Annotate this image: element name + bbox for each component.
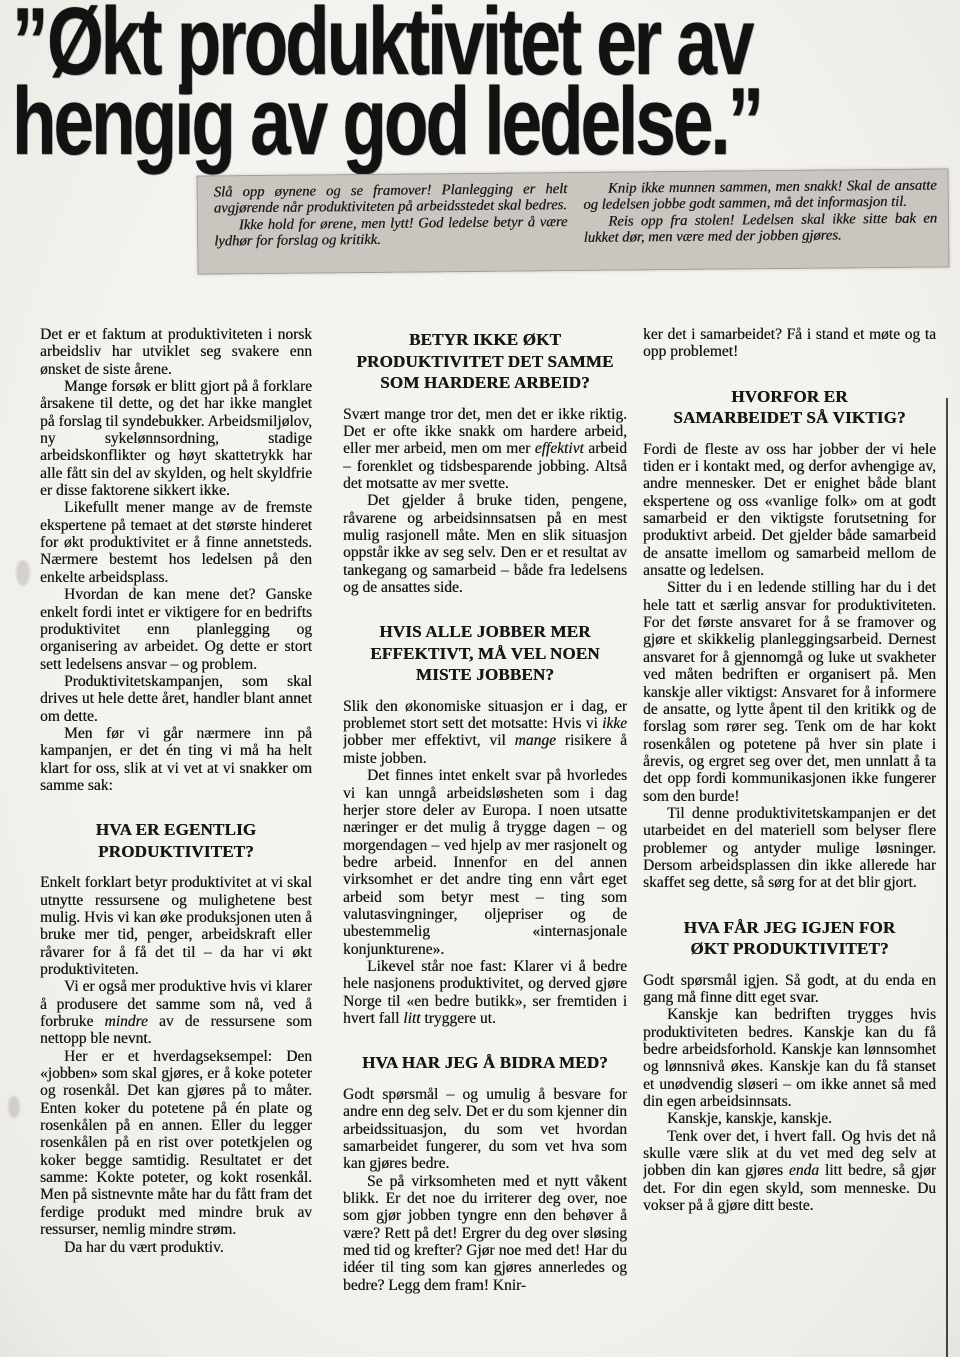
article-paragraph: Godt spørsmål igjen. Så godt, at du enda… <box>643 972 936 1007</box>
text-run: Det finnes intet enkelt svar på hvorlede… <box>343 767 627 957</box>
emphasized-text: litt <box>403 1010 420 1027</box>
article-paragraph: Sitter du i en ledende stilling har du i… <box>643 579 936 804</box>
intro-box-right-column: Knip ikke munnen sammen, men snakk! Skal… <box>583 178 937 263</box>
text-run: Slik den økonomiske situasjon er i dag, … <box>343 698 627 732</box>
emphasized-text: enda <box>789 1162 819 1179</box>
text-run: Fordi de fleste av oss har jobber der vi… <box>643 441 936 579</box>
intro-paragraph: Slå opp øynene og se framover! Planleggi… <box>214 181 568 217</box>
text-run: Da har du vært produktiv. <box>64 1239 224 1256</box>
scan-smudge <box>8 1096 20 1118</box>
text-run: Slå opp øynene og se framover! Planleggi… <box>214 181 568 217</box>
text-run: Knip ikke munnen sammen, men snakk! Skal… <box>583 178 936 214</box>
section-heading: BETYR IKKE ØKT PRODUKTIVITET DET SAMME S… <box>345 329 625 394</box>
article-paragraph: Enkelt forklart betyr produktivitet at v… <box>40 874 312 978</box>
article-column-1: Det er et faktum at produktiviteten i no… <box>40 326 312 1344</box>
section-heading: HVA FÅR JEG IGJEN FOR ØKT PRODUKTIVITET? <box>645 917 934 960</box>
article-paragraph: Fordi de fleste av oss har jobber der vi… <box>643 441 936 580</box>
article-paragraph: Svært mange tror det, men det er ikke ri… <box>343 406 627 493</box>
text-run: Ikke hold for ørene, men lytt! God ledel… <box>214 214 567 250</box>
text-run: Det gjelder å bruke tiden, pengene, råva… <box>343 492 627 596</box>
article-paragraph: ker det i samarbeidet? Få i stand et møt… <box>643 326 936 361</box>
text-run: ker det i samarbeidet? Få i stand et møt… <box>643 326 936 360</box>
article-paragraph: Da har du vært produktiv. <box>40 1239 312 1256</box>
article-column-2: BETYR IKKE ØKT PRODUKTIVITET DET SAMME S… <box>343 326 627 1344</box>
scan-edge-line <box>946 398 948 1357</box>
text-run: jobber mer effektivt, vil <box>343 732 515 749</box>
article-paragraph: Mange forsøk er blitt gjort på å forklar… <box>40 378 312 499</box>
section-heading: HVIS ALLE JOBBER MER EFFEKTIVT, MÅ VEL N… <box>345 621 625 686</box>
article-paragraph: Men før vi går nærmere inn på kampanjen,… <box>40 725 312 794</box>
text-run: Enkelt forklart betyr produktivitet at v… <box>40 874 312 978</box>
intro-summary-box: Slå opp øynene og se framover! Planleggi… <box>197 168 950 274</box>
scan-smudge <box>16 560 30 586</box>
article-paragraph: Vi er også mer produktive hvis vi klarer… <box>40 978 312 1047</box>
section-heading: HVA ER EGENTLIG PRODUKTIVITET? <box>42 819 310 862</box>
text-run: tryggere ut. <box>421 1010 496 1027</box>
intro-box-left-column: Slå opp øynene og se framover! Planleggi… <box>214 181 568 266</box>
text-run: Hvordan de kan mene det? Ganske enkelt f… <box>40 586 312 672</box>
text-run: Mange forsøk er blitt gjort på å forklar… <box>40 378 312 499</box>
intro-paragraph: Knip ikke munnen sammen, men snakk! Skal… <box>583 178 937 214</box>
article-column-3: ker det i samarbeidet? Få i stand et møt… <box>643 326 936 1344</box>
closing-quote-mark: ” <box>728 68 763 175</box>
intro-paragraph: Reis opp fra stolen! Ledelsen skal ikke … <box>583 210 937 246</box>
text-run: Det er et faktum at produktiviteten i no… <box>40 326 312 378</box>
emphasized-text: mange <box>515 732 556 749</box>
text-run: Her er et hverdagseksempel: Den «jobben»… <box>40 1048 312 1238</box>
article-paragraph: Kanskje, kanskje, kanskje. <box>643 1110 936 1127</box>
article-paragraph: Hvordan de kan mene det? Ganske enkelt f… <box>40 586 312 673</box>
article-paragraph: Tenk over det, i hvert fall. Og hvis det… <box>643 1128 936 1215</box>
headline: ”Økt produktivitet er av hengig av god l… <box>12 2 960 162</box>
article-paragraph: Det gjelder å bruke tiden, pengene, råva… <box>343 492 627 596</box>
text-run: Til denne produktivitetskampanjen er det… <box>643 805 936 891</box>
text-run: Produktivitetskampanjen, som skal drives… <box>40 673 312 725</box>
intro-paragraph: Ikke hold for ørene, men lytt! God ledel… <box>214 214 568 250</box>
text-run: Kanskje kan bedriften trygges hvis produ… <box>643 1006 936 1110</box>
article-paragraph: Kanskje kan bedriften trygges hvis produ… <box>643 1006 936 1110</box>
article-paragraph: Det finnes intet enkelt svar på hvorlede… <box>343 767 627 958</box>
text-run: Likefullt mener mange av de fremste eksp… <box>40 499 312 585</box>
article-paragraph: Her er et hverdagseksempel: Den «jobben»… <box>40 1048 312 1239</box>
newspaper-clipping-page: ”Økt produktivitet er av hengig av god l… <box>0 0 960 1357</box>
article-paragraph: Det er et faktum at produktiviteten i no… <box>40 326 312 378</box>
section-heading: HVA HAR JEG Å BIDRA MED? <box>345 1052 625 1074</box>
headline-line-2-text: hengig av god ledelse. <box>12 68 728 175</box>
article-paragraph: Produktivitetskampanjen, som skal drives… <box>40 673 312 725</box>
article-paragraph: Til denne produktivitetskampanjen er det… <box>643 805 936 892</box>
article-paragraph: Se på virksomheten med et nytt våkent bl… <box>343 1173 627 1294</box>
text-run: Sitter du i en ledende stilling har du i… <box>643 579 936 804</box>
article-paragraph: Slik den økonomiske situasjon er i dag, … <box>343 698 627 767</box>
text-run: Men før vi går nærmere inn på kampanjen,… <box>40 725 312 794</box>
article-paragraph: Likevel står noe fast: Klarer vi å bedre… <box>343 958 627 1027</box>
text-run: Godt spørsmål – og umulig å besvare for … <box>343 1086 627 1172</box>
text-run: Reis opp fra stolen! Ledelsen skal ikke … <box>584 210 937 246</box>
article-paragraph: Godt spørsmål – og umulig å besvare for … <box>343 1086 627 1173</box>
text-run: Godt spørsmål igjen. Så godt, at du enda… <box>643 972 936 1006</box>
headline-line-2: hengig av god ledelse.” <box>12 82 763 162</box>
text-run: Kanskje, kanskje, kanskje. <box>667 1110 832 1127</box>
emphasized-text: mindre <box>105 1013 148 1030</box>
section-heading: HVORFOR ER SAMARBEIDET SÅ VIKTIG? <box>645 386 934 429</box>
article-paragraph: Likefullt mener mange av de fremste eksp… <box>40 499 312 586</box>
emphasized-text: ikke <box>602 715 627 732</box>
text-run: Se på virksomheten med et nytt våkent bl… <box>343 1173 627 1294</box>
emphasized-text: effektivt <box>535 440 584 457</box>
